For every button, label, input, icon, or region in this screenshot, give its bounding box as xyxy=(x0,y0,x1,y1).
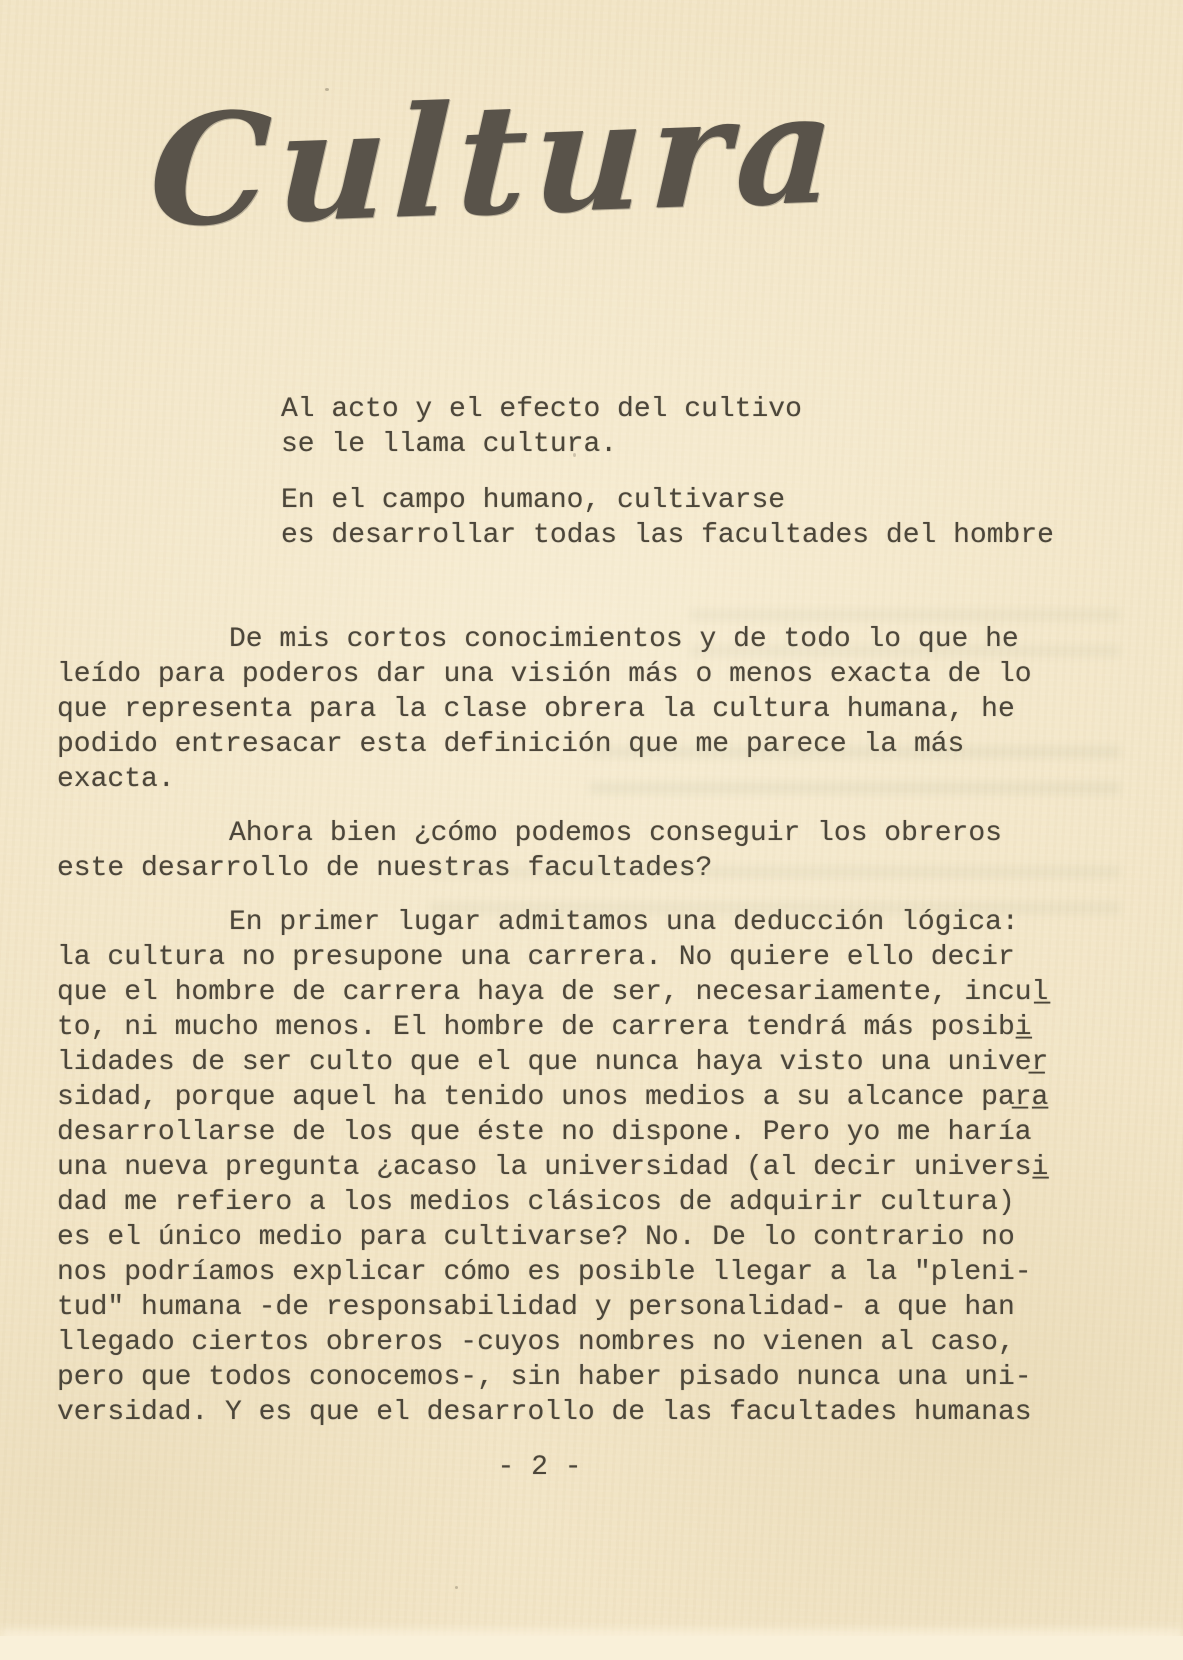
paper-speck xyxy=(455,1586,458,1589)
epigraph-stanza-2: En el campo humano, cultivarse es desarr… xyxy=(281,483,1054,553)
paragraph-2: Ahora bien ¿cómo podemos conseguir los o… xyxy=(57,816,1135,886)
document-page: Cultura Al acto y el efecto del cultivo … xyxy=(0,0,1183,1660)
epigraph-block: Al acto y el efecto del cultivo se le ll… xyxy=(281,392,1054,574)
page-number: - 2 - xyxy=(0,1450,1131,1485)
page-title: Cultura xyxy=(147,58,843,261)
paragraph-3: En primer lugar admitamos una deducción … xyxy=(57,905,1135,1430)
paragraph-1: De mis cortos conocimientos y de todo lo… xyxy=(57,622,1135,797)
epigraph-stanza-1: Al acto y el efecto del cultivo se le ll… xyxy=(281,392,1054,462)
body-text: De mis cortos conocimientos y de todo lo… xyxy=(57,622,1135,1449)
paper-bottom-edge xyxy=(0,1636,1183,1660)
